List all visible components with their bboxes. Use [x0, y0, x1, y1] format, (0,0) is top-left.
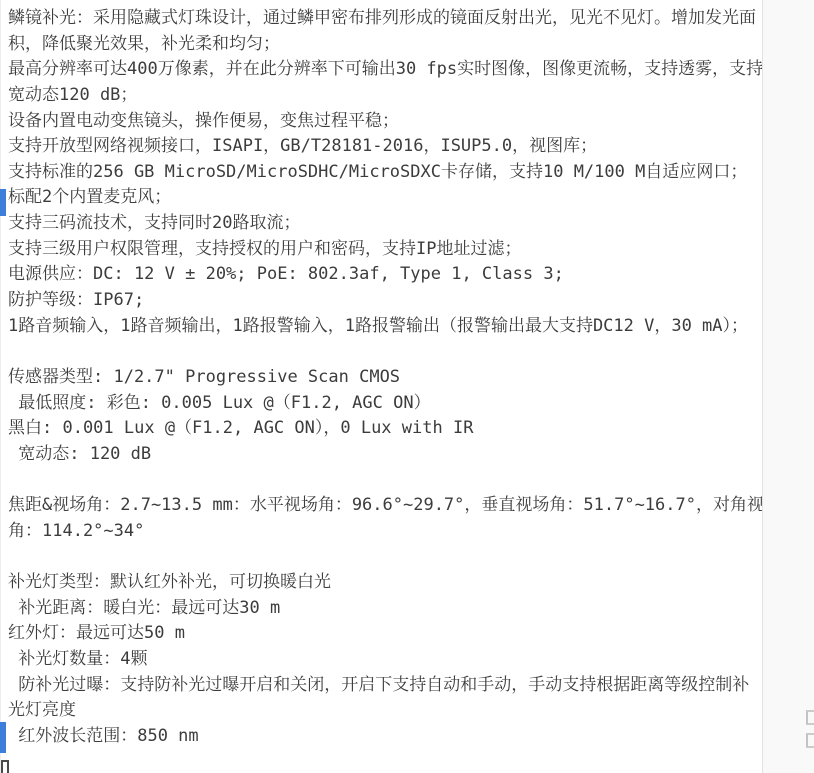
text-line: 最高分辨率可达400万像素，并在此分辨率下可输出30 fps实时图像，图像更流畅… — [8, 57, 762, 83]
cutoff-glyph-fragment-icon — [806, 710, 814, 725]
text-line: 支持三码流技术，支持同时20路取流； — [8, 211, 762, 237]
text-line: 电源供应：DC: 12 V ± 20%; PoE: 802.3af, Type … — [8, 262, 762, 288]
text-line — [8, 544, 762, 570]
text-line: 补光灯数量：4颗 — [8, 647, 762, 673]
text-line: 黑白: 0.001 Lux @（F1.2, AGC ON），0 Lux with… — [8, 416, 762, 442]
text-line — [8, 468, 762, 494]
spec-document-page: 鳞镜补光：采用隐藏式灯珠设计，通过鳞甲密布排列形成的镜面反射出光，见光不见灯。增… — [0, 0, 814, 773]
text-line: 防护等级：IP67; — [8, 288, 762, 314]
line-highlight-marker-1 — [0, 189, 6, 216]
text-line: 鳞镜补光：采用隐藏式灯珠设计，通过鳞甲密布排列形成的镜面反射出光，见光不见灯。增… — [8, 6, 762, 32]
text-line: 标配2个内置麦克风； — [8, 185, 762, 211]
text-line: 宽动态120 dB； — [8, 83, 762, 109]
text-line: 设备内置电动变焦镜头，操作便易，变焦过程平稳； — [8, 109, 762, 135]
text-line: 防补光过曝：支持防补光过曝开启和关闭，开启下支持自动和手动，手动支持根据距离等级… — [8, 673, 762, 699]
text-line: 补光灯类型：默认红外补光，可切换暖白光 — [8, 570, 762, 596]
text-line: 红外灯：最远可达50 m — [8, 621, 762, 647]
text-line: 支持标准的256 GB MicroSD/MicroSDHC/MicroSDXC卡… — [8, 160, 762, 186]
right-edge-cutoff-widget[interactable] — [806, 710, 814, 762]
text-line: 光灯亮度 — [8, 698, 762, 724]
text-line: 1路音频输入，1路音频输出，1路报警输入，1路报警输出（报警输出最大支持DC12… — [8, 314, 762, 340]
text-line: 补光距离：暖白光：最远可达30 m — [8, 596, 762, 622]
text-line: 支持开放型网络视频接口，ISAPI，GB/T28181-2016，ISUP5.0… — [8, 134, 762, 160]
text-line: 积，降低聚光效果，补光柔和均匀； — [8, 32, 762, 58]
text-line: 宽动态: 120 dB — [8, 442, 762, 468]
text-line: 角：114.2°~34° — [8, 519, 762, 545]
text-line: 支持三级用户权限管理，支持授权的用户和密码，支持IP地址过滤； — [8, 237, 762, 263]
right-gutter — [762, 0, 814, 773]
text-line: 传感器类型: 1/2.7" Progressive Scan CMOS — [8, 365, 762, 391]
bottom-left-cutoff-box — [1, 760, 9, 773]
cutoff-glyph-fragment-icon — [806, 733, 814, 748]
line-highlight-marker-2 — [0, 722, 6, 753]
text-line — [8, 339, 762, 365]
camera-spec-text-block: 鳞镜补光：采用隐藏式灯珠设计，通过鳞甲密布排列形成的镜面反射出光，见光不见灯。增… — [0, 0, 762, 773]
text-line: 最低照度: 彩色: 0.005 Lux @（F1.2, AGC ON） — [8, 391, 762, 417]
text-line: 焦距&视场角：2.7~13.5 mm：水平视场角：96.6°~29.7°，垂直视… — [8, 493, 762, 519]
text-line: 红外波长范围：850 nm — [8, 724, 762, 750]
